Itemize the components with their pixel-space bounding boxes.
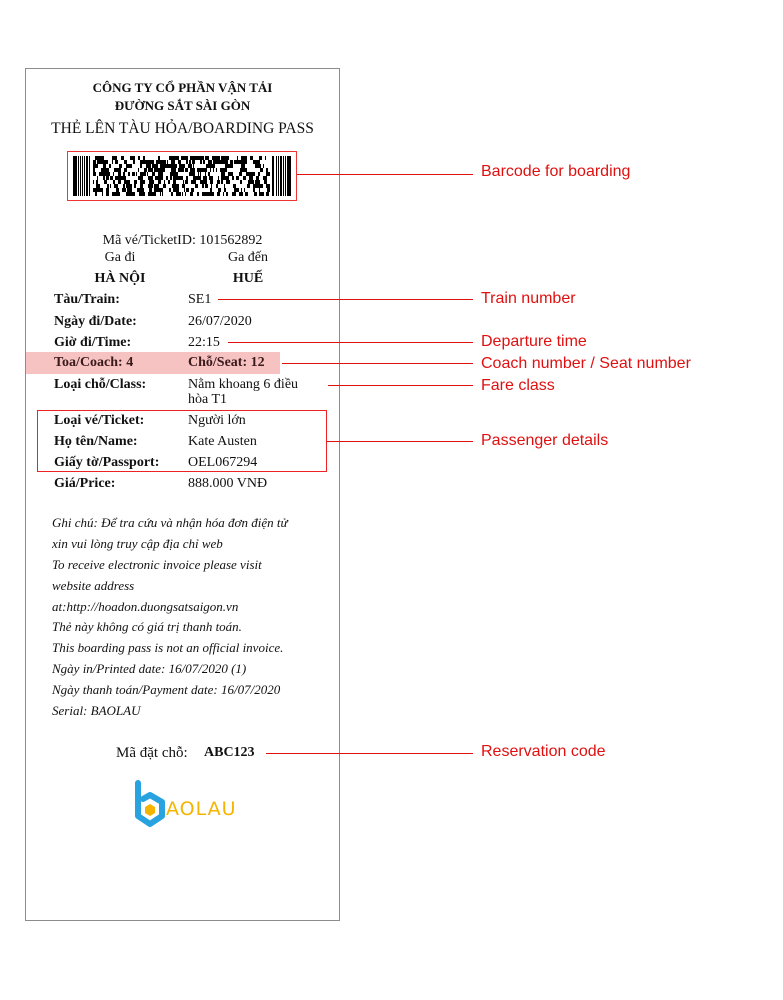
departure-station: HÀ NỘI	[60, 271, 180, 287]
departure-leader-line	[228, 342, 473, 343]
train-leader-line	[218, 299, 473, 300]
price-value: 888.000 VNĐ	[188, 476, 267, 492]
coach-number: Toa/Coach: 4	[54, 355, 133, 371]
name-value: Kate Austen	[188, 434, 257, 450]
price-label: Giá/Price:	[54, 476, 115, 492]
note-line: xin vui lòng truy cập địa chỉ web	[52, 536, 223, 552]
company-name-line1: CÔNG TY CỔ PHẦN VẬN TẢI	[25, 80, 340, 96]
annotation-reservation: Reservation code	[481, 743, 606, 761]
passport-value: OEL067294	[188, 455, 257, 471]
serial: Serial: BAOLAU	[52, 703, 140, 719]
departure-station-label: Ga đi	[60, 250, 180, 266]
name-label: Họ tên/Name:	[54, 434, 138, 450]
annotation-fare-class: Fare class	[481, 377, 555, 395]
class-label: Loại chỗ/Class:	[54, 377, 146, 393]
time-label: Giờ đi/Time:	[54, 335, 131, 351]
fare-class-leader-line	[328, 385, 473, 386]
note-line: This boarding pass is not an official in…	[52, 640, 283, 656]
reservation-label: Mã đặt chỗ:	[116, 745, 188, 762]
note-line: Thẻ này không có giá trị thanh toán.	[52, 619, 242, 635]
passport-label: Giấy tờ/Passport:	[54, 455, 159, 471]
ticket-type-value: Người lớn	[188, 413, 246, 429]
date-label: Ngày đi/Date:	[54, 314, 137, 330]
annotation-departure: Departure time	[481, 333, 587, 351]
baolau-logo: AOLAU	[134, 780, 244, 830]
ticket-title: THẺ LÊN TÀU HỎA/BOARDING PASS	[25, 120, 340, 138]
note-line: website address	[52, 578, 134, 594]
printed-date: Ngày in/Printed date: 16/07/2020 (1)	[52, 661, 246, 677]
reservation-code: ABC123	[204, 745, 255, 761]
annotation-passenger: Passenger details	[481, 432, 608, 450]
logo-text: AOLAU	[166, 798, 237, 820]
train-label: Tàu/Train:	[54, 292, 120, 308]
baolau-b-icon	[134, 780, 166, 830]
payment-date: Ngày thanh toán/Payment date: 16/07/2020	[52, 682, 280, 698]
barcode-leader-line	[297, 174, 473, 175]
ticket-id: Mã vé/TicketID: 101562892	[25, 233, 340, 249]
note-line: Ghi chú: Để tra cứu và nhận hóa đơn điện…	[52, 515, 288, 531]
time-value: 22:15	[188, 335, 220, 351]
invoice-url: at:http://hoadon.duongsatsaigon.vn	[52, 599, 238, 615]
ticket-type-label: Loại vé/Ticket:	[54, 413, 144, 429]
arrival-station: HUẾ	[188, 271, 308, 287]
coach-seat-leader-line	[282, 363, 473, 364]
note-line: To receive electronic invoice please vis…	[52, 557, 262, 573]
arrival-station-label: Ga đến	[188, 250, 308, 266]
barcode-highlight-box	[67, 151, 297, 201]
annotation-coach-seat: Coach number / Seat number	[481, 355, 691, 373]
reservation-leader-line	[266, 753, 473, 754]
annotation-train: Train number	[481, 290, 576, 308]
seat-number: Chỗ/Seat: 12	[188, 355, 265, 371]
pdf417-barcode-icon	[73, 156, 291, 196]
annotation-barcode: Barcode for boarding	[481, 163, 630, 181]
passenger-leader-line	[327, 441, 473, 442]
class-value-line1: Nằm khoang 6 điều	[188, 377, 298, 393]
train-value: SE1	[188, 292, 211, 308]
company-name-line2: ĐƯỜNG SẮT SÀI GÒN	[25, 98, 340, 114]
date-value: 26/07/2020	[188, 314, 252, 330]
class-value-line2: hòa T1	[188, 392, 227, 408]
